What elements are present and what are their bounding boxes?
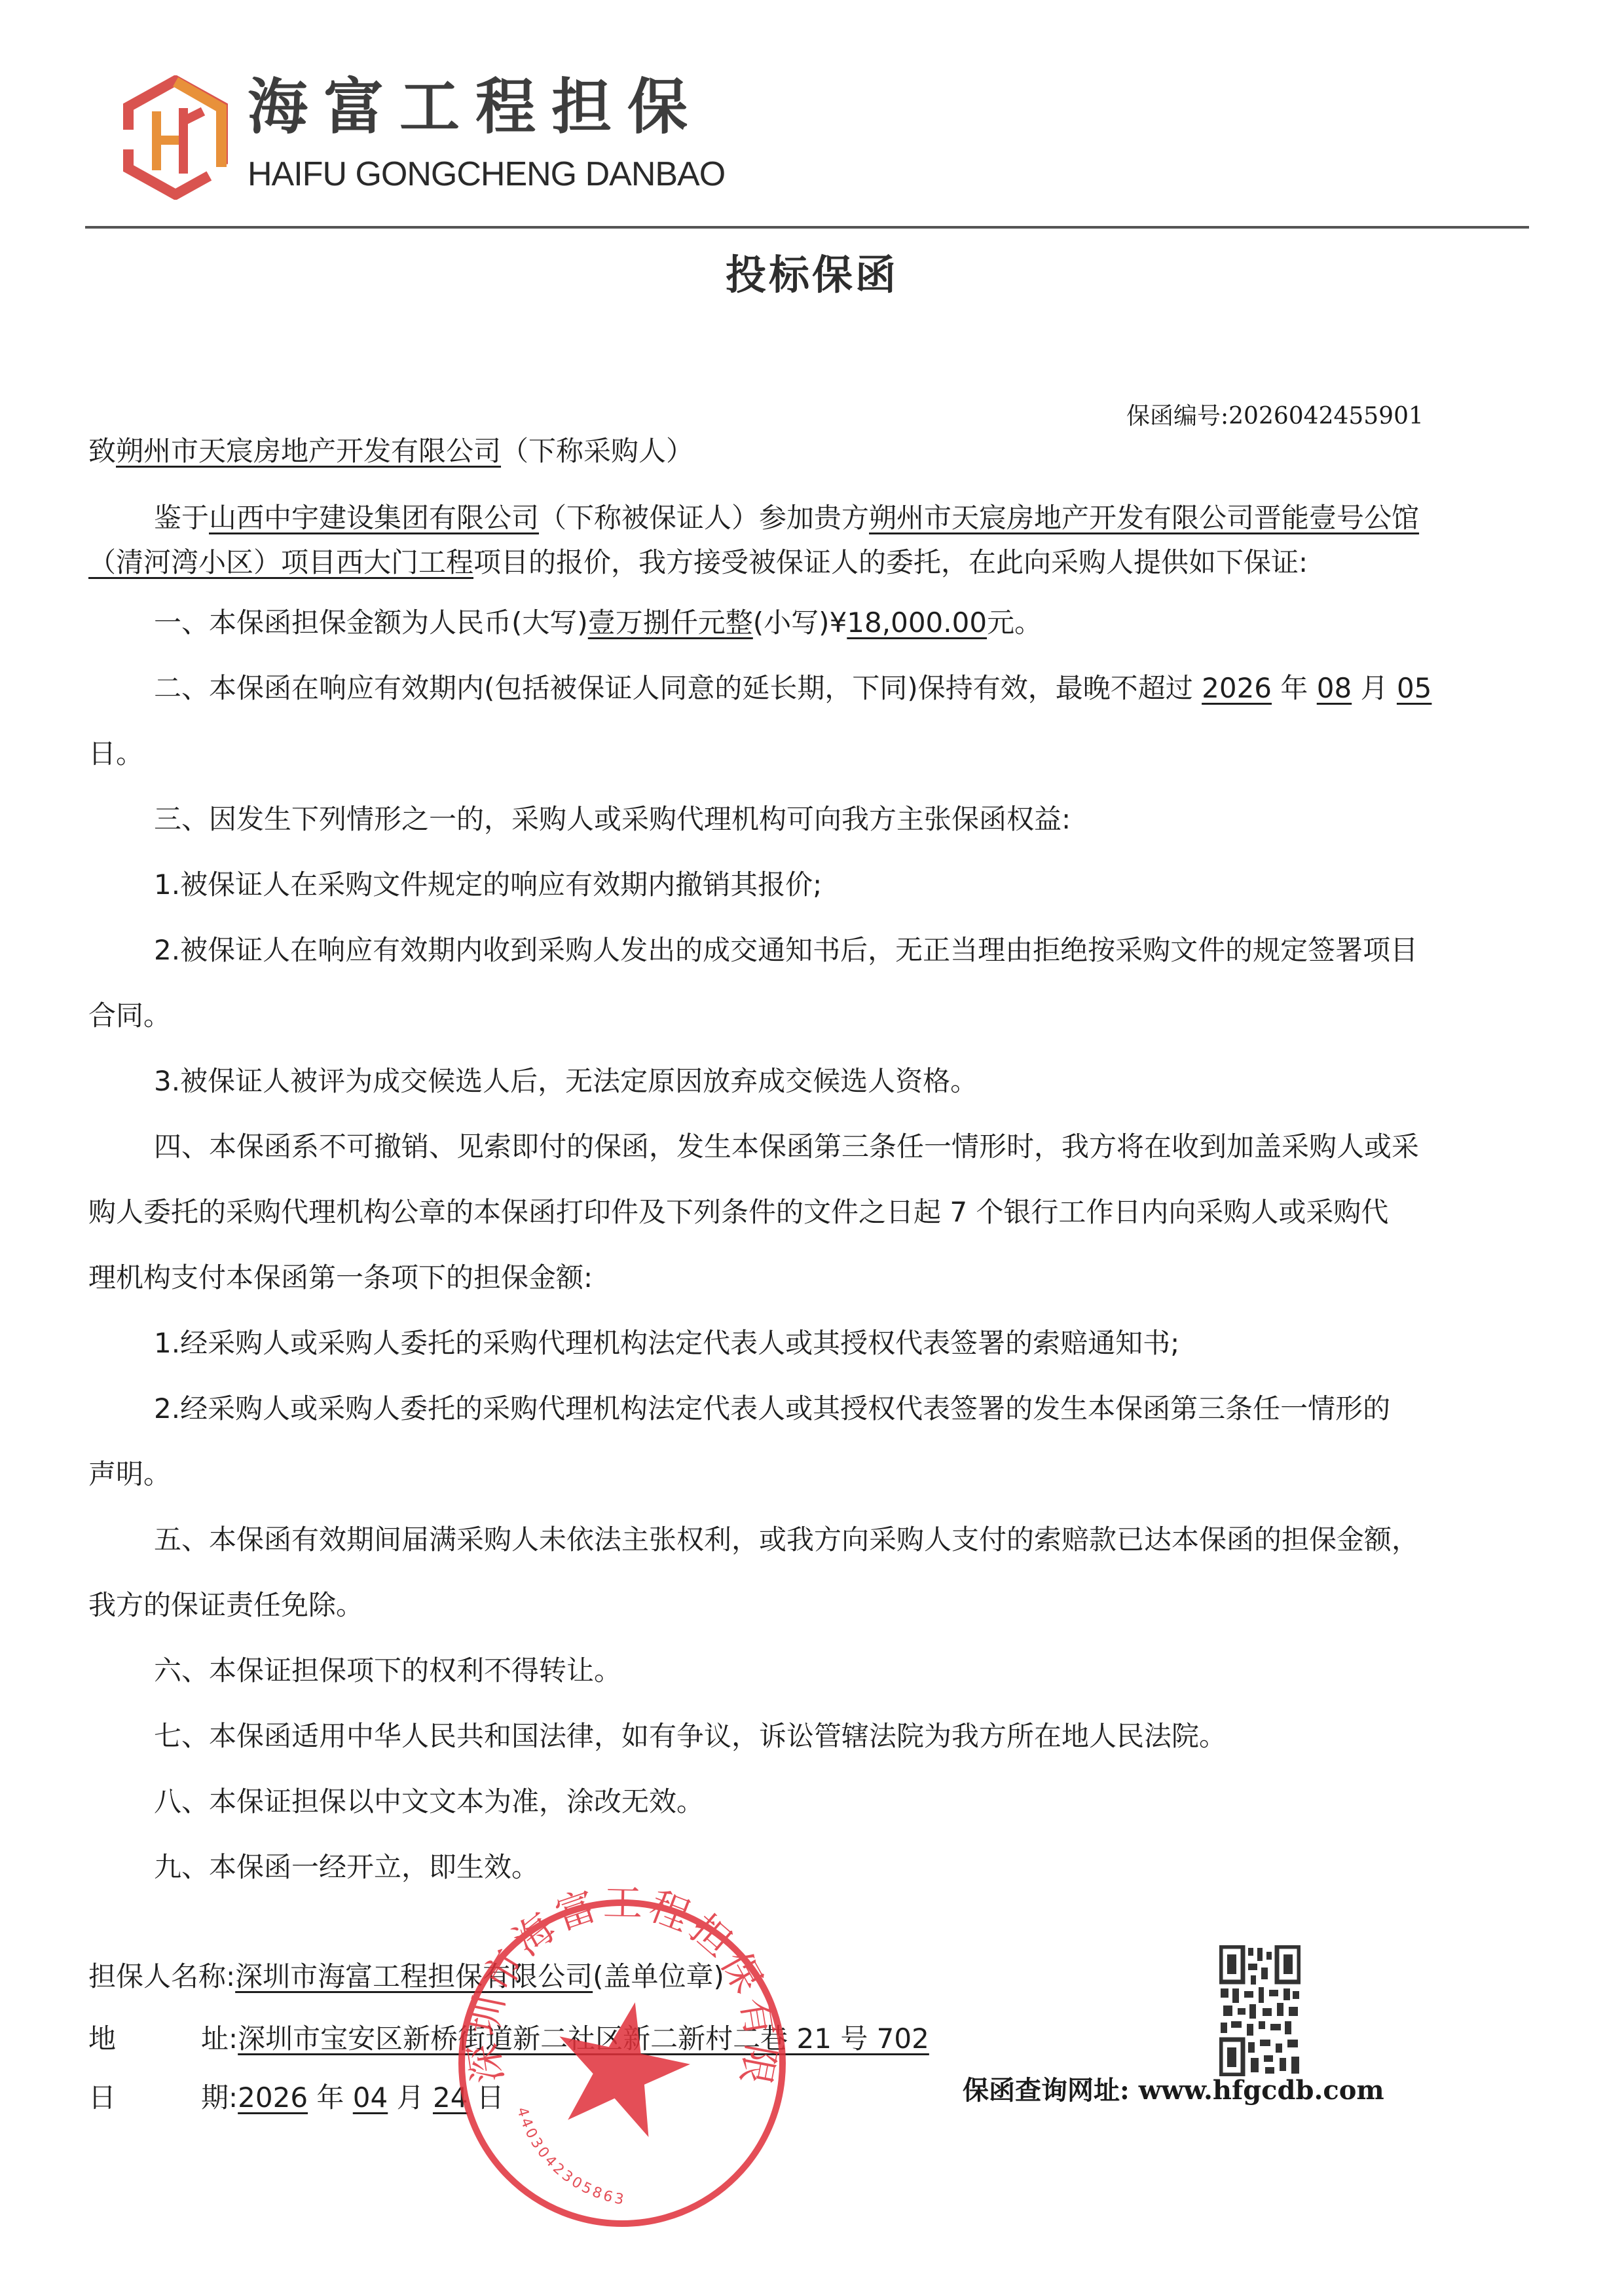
clause-4: 四、本保函系不可撤销、见索即付的保函，发生本保函第三条任一情形时，我方将在收到加… — [154, 1133, 1419, 1161]
expiry-month: 08 — [1317, 672, 1352, 704]
clause-2-cont: 日。 — [88, 740, 143, 768]
project-owner: 朔州市天宸房地产开发有限公司晋能壹号公馆 — [869, 502, 1419, 534]
clause-3: 三、因发生下列情形之一的，采购人或采购代理机构可向我方主张保函权益: — [154, 806, 1071, 833]
brand-name-en: HAIFU GONGCHENG DANBAO — [248, 157, 725, 191]
qr-code-icon — [1219, 1945, 1301, 2076]
addressee-line: 致朔州市天宸房地产开发有限公司（下称采购人） — [88, 438, 693, 465]
clause-1: 一、本保函担保金额为人民币(大写)壹万捌仟元整(小写)¥18,000.00元。 — [154, 609, 1042, 637]
amount-words: 壹万捌仟元整 — [588, 606, 753, 639]
clause-3-item-1: 1.被保证人在采购文件规定的响应有效期内撤销其报价; — [154, 871, 822, 899]
addressee-name: 朔州市天宸房地产开发有限公司 — [116, 435, 501, 467]
hf-hexagon-logo-icon — [118, 75, 232, 200]
clause-5-cont: 我方的保证责任免除。 — [88, 1592, 363, 1619]
clause-3-item-3: 3.被保证人被评为成交候选人后，无法定原因放弃成交候选人资格。 — [154, 1068, 978, 1095]
clause-4-cont-2: 理机构支付本保函第一条项下的担保金额: — [88, 1264, 593, 1292]
clause-3-item-2: 2.被保证人在响应有效期内收到采购人发出的成交通知书后，无正当理由拒绝按采购文件… — [154, 937, 1418, 964]
brand-name-cn: 海富工程担保 — [248, 77, 703, 138]
clause-5: 五、本保函有效期间届满采购人未依法主张权利，或我方向采购人支付的索赔款已达本保函… — [154, 1526, 1419, 1554]
clause-3-item-2-cont: 合同。 — [88, 1002, 171, 1030]
project-name: （清河湾小区）项目西大门工程 — [88, 546, 473, 578]
serial-label: 保函编号: — [1126, 403, 1228, 430]
clause-4-item-1: 1.经采购人或采购人委托的采购代理机构法定代表人或其授权代表签署的索赔通知书; — [154, 1330, 1179, 1357]
header-divider — [85, 226, 1529, 229]
serial-number: 2026042455901 — [1228, 403, 1424, 430]
clause-4-cont-1: 购人委托的采购代理机构公章的本保函打印件及下列条件的文件之日起 7 个银行工作日… — [88, 1199, 1388, 1226]
clause-6: 六、本保证担保项下的权利不得转让。 — [154, 1657, 621, 1685]
company-seal-stamp: 深圳市海富工程担保有限公司 4403042305863 — [445, 1873, 799, 2240]
issue-month: 04 — [353, 2081, 388, 2114]
intro-line-2: （清河湾小区）项目西大门工程项目的报价，我方接受被保证人的委托，在此向采购人提供… — [88, 549, 1308, 576]
date-line: 日期:2026 年 04 月 24 日 — [88, 2076, 504, 2116]
clause-8: 八、本保证担保以中文文本为准，涂改无效。 — [154, 1788, 704, 1816]
document-title: 投标保函 — [0, 242, 1624, 301]
serial-number-line: 保函编号:2026042455901 — [1126, 398, 1424, 431]
clause-4-item-2-cont: 声明。 — [88, 1461, 171, 1488]
intro-line-1: 鉴于山西中宇建设集团有限公司（下称被保证人）参加贵方朔州市天宸房地产开发有限公司… — [154, 504, 1419, 532]
expiry-year: 2026 — [1202, 672, 1272, 704]
clause-4-item-2: 2.经采购人或采购人委托的采购代理机构法定代表人或其授权代表签署的发生本保函第三… — [154, 1395, 1390, 1423]
query-url-line: 保函查询网址: www.hfgcdb.com — [963, 2070, 1384, 2107]
query-url-link[interactable]: www.hfgcdb.com — [1139, 2075, 1384, 2106]
issue-year: 2026 — [238, 2081, 308, 2114]
amount-number: 18,000.00 — [847, 606, 987, 639]
expiry-day: 05 — [1397, 672, 1431, 704]
query-label: 保函查询网址: — [963, 2075, 1130, 2106]
clause-7: 七、本保函适用中华人民共和国法律，如有争议，诉讼管辖法院为我方所在地人民法院。 — [154, 1723, 1227, 1750]
guaranteed-party: 山西中宇建设集团有限公司 — [209, 502, 539, 534]
clause-2: 二、本保函在响应有效期内(包括被保证人同意的延长期，下同)保持有效，最晚不超过 … — [154, 675, 1431, 702]
